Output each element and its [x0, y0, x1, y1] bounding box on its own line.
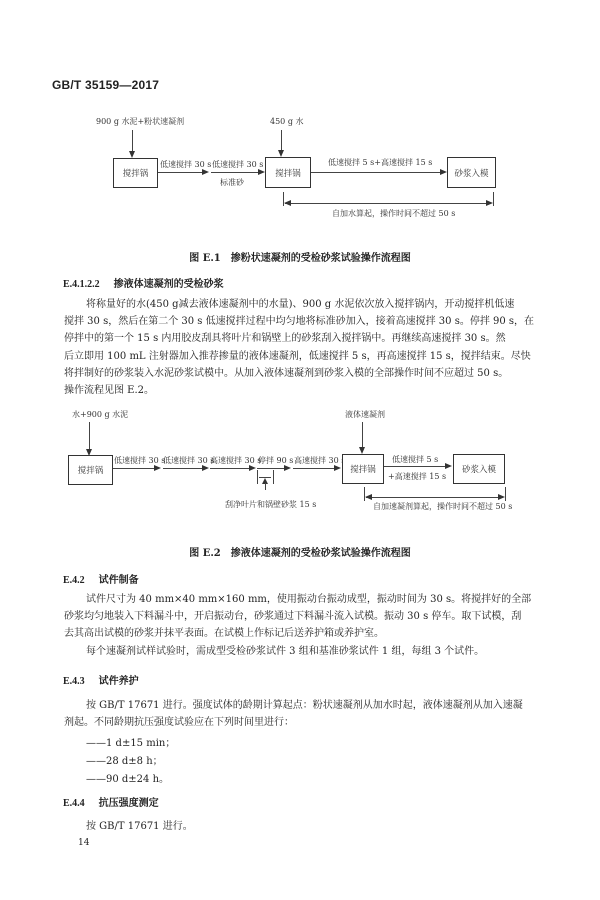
e2-input-liquid-accelerator: 液体速凝剂	[345, 410, 385, 420]
e1-step2-standard-sand: 标准砂	[220, 178, 244, 188]
e2-box-mixer-2: 搅拌锅	[342, 454, 384, 484]
e2-step1: 低速搅拌 30 s	[114, 456, 165, 466]
arrow-right-icon	[498, 494, 505, 500]
e1-time-note: 自加水算起，操作时间不超过 50 s	[332, 209, 455, 219]
section-heading-e44: E.4.4抗压强度测定	[63, 794, 159, 809]
e2-step5: 高速搅拌 30 s	[294, 456, 345, 466]
paragraph-e44: 按 GB/T 17671 进行。	[64, 818, 542, 835]
figure-e1-caption: 图 E.1 掺粉状速凝剂的受检砂浆试验操作流程图	[0, 249, 600, 264]
curing-age-item-2: ——28 d±8 h；	[86, 752, 163, 767]
e2-input-water-cement: 水+900 g 水泥	[72, 410, 128, 420]
e1-step3: 低速搅拌 5 s+高速搅拌 15 s	[328, 158, 432, 168]
e2-step6-high-speed: +高速搅拌 15 s	[388, 472, 446, 482]
e2-step6: 低速搅拌 5 s	[392, 455, 438, 465]
e1-box-mixer-2: 搅拌锅	[265, 157, 311, 188]
arrow-down-icon	[278, 150, 284, 157]
e1-input-water: 450 g 水	[270, 117, 303, 127]
section-heading-e4122: E.4.1.2.2掺液体速凝剂的受检砂浆	[63, 275, 224, 290]
arrow-right-icon	[486, 200, 493, 206]
e2-step3: 高速搅拌 30 s	[210, 456, 261, 466]
arrow-down-icon	[129, 151, 135, 158]
paragraph-e42: 试件尺寸为 40 mm×40 mm×160 mm，使用振动台振动成型，振动时间为…	[64, 591, 542, 660]
e1-input-cement: 900 g 水泥+粉状速凝剂	[96, 117, 184, 127]
e1-step1: 低速搅拌 30 s	[160, 160, 211, 170]
arrow-right-icon	[440, 169, 447, 175]
e2-box-mortar-mold: 砂浆入模	[453, 454, 505, 484]
e2-scrape-note: 刮净叶片和锅壁砂浆 15 s	[225, 500, 316, 510]
e1-step2: 低速搅拌 30 s	[212, 160, 263, 170]
arrow-right-icon	[445, 463, 452, 469]
arrow-down-icon	[359, 447, 365, 454]
e1-box-mortar-mold: 砂浆入模	[447, 157, 496, 188]
e2-step4: 停拌 90 s	[258, 456, 293, 466]
page-number: 14	[78, 838, 89, 848]
figure-e2-caption: 图 E.2 掺液体速凝剂的受检砂浆试验操作流程图	[0, 544, 600, 559]
curing-age-item-3: ——90 d±24 h。	[86, 770, 169, 785]
section-heading-e42: E.4.2试件制备	[63, 571, 139, 586]
curing-age-item-1: ——1 d±15 min；	[86, 734, 175, 749]
e2-box-mixer-1: 搅拌锅	[68, 455, 113, 485]
e2-step2: 低速搅拌 30 s	[163, 456, 214, 466]
arrow-left-icon	[365, 494, 372, 500]
section-heading-e43: E.4.3试件养护	[63, 672, 139, 687]
e2-time-note: 自加速凝剂算起，操作时间不超过 50 s	[373, 502, 512, 512]
standard-code: GB/T 35159—2017	[52, 78, 159, 92]
paragraph-e4122: 将称量好的水(450 g减去液体速凝剂中的水量)、900 g 水泥依次放入搅拌锅…	[64, 296, 542, 399]
paragraph-e43: 按 GB/T 17671 进行。强度试体的龄期计算起点：粉状速凝剂从加水时起，液…	[64, 697, 542, 731]
e1-box-mixer-1: 搅拌锅	[113, 158, 158, 188]
arrow-left-icon	[284, 200, 291, 206]
